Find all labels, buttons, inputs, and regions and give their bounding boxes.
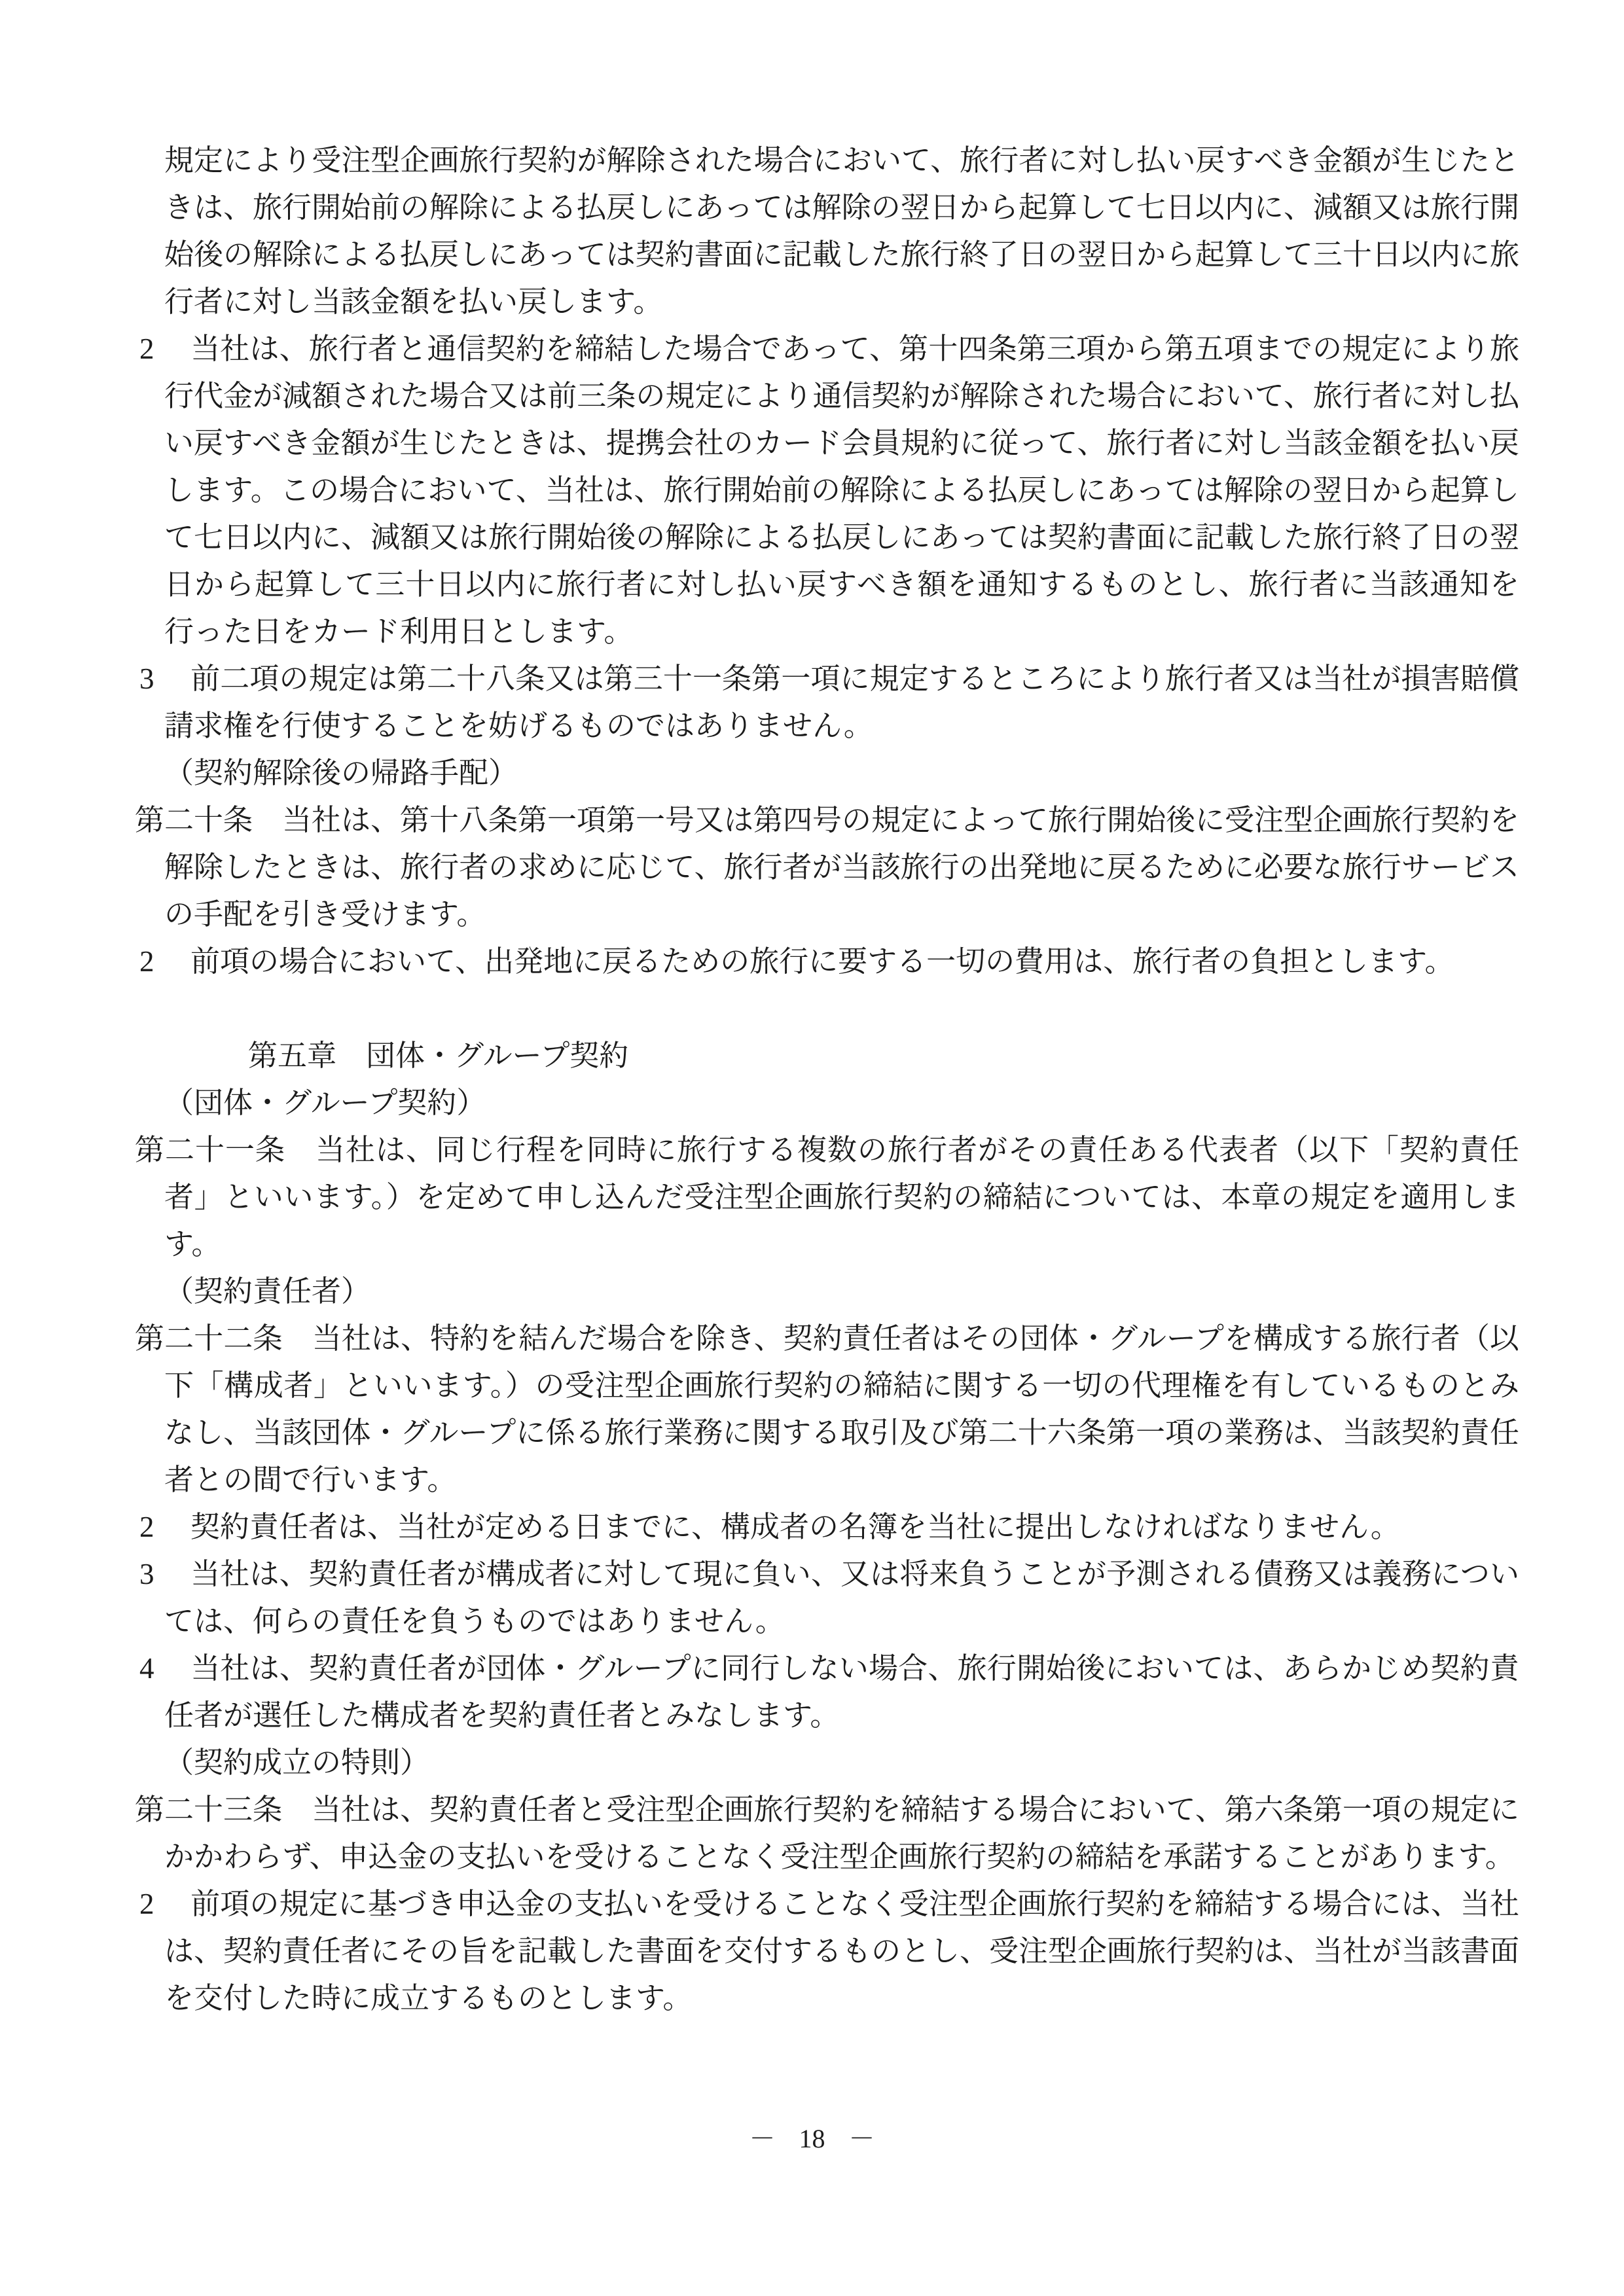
document-body: 規定により受注型企画旅行契約が解除された場合において、旅行者に対し払い戻すべき金…: [135, 137, 1519, 2022]
item-number: 4: [139, 1645, 190, 1692]
paragraph-text: （団体・グループ契約）: [164, 1086, 486, 1119]
paragraph-text: 前項の規定に基づき申込金の支払いを受けることなく受注型企画旅行契約を締結する場合…: [164, 1888, 1519, 2015]
paragraph-text: 第二十一条 当社は、同じ行程を同時に旅行する複数の旅行者がその責任ある代表者（以…: [135, 1134, 1519, 1261]
article-paragraph: 第二十一条 当社は、同じ行程を同時に旅行する複数の旅行者がその責任ある代表者（以…: [135, 1126, 1519, 1268]
paragraph-text: （契約解除後の帰路手配）: [164, 757, 518, 789]
chapter-heading: 第五章 団体・グループ契約: [135, 1032, 1519, 1079]
paragraph-text: （契約責任者）: [164, 1275, 370, 1308]
paragraph-text: 前二項の規定は第二十八条又は第三十一条第一項に規定するところにより旅行者又は当社…: [164, 662, 1519, 742]
item-number: 2: [139, 1880, 190, 1928]
paragraph-text: 当社は、契約責任者が構成者に対して現に負い、又は将来負うことが予測される債務又は…: [164, 1558, 1519, 1638]
item-number: 3: [139, 655, 190, 702]
paragraph-text: 規定により受注型企画旅行契約が解除された場合において、旅行者に対し払い戻すべき金…: [164, 144, 1519, 318]
item-number: 3: [139, 1551, 190, 1598]
numbered-item: 3前二項の規定は第二十八条又は第三十一条第一項に規定するところにより旅行者又は当…: [135, 655, 1519, 749]
article-paragraph: 第二十二条 当社は、特約を結んだ場合を除き、契約責任者はその団体・グループを構成…: [135, 1315, 1519, 1503]
paragraph-text: 第五章 団体・グループ契約: [248, 1039, 628, 1072]
numbered-item: 4当社は、契約責任者が団体・グループに同行しない場合、旅行開始後においては、あら…: [135, 1645, 1519, 1739]
paragraph-text: 第二十三条 当社は、契約責任者と受注型企画旅行契約を締結する場合において、第六条…: [135, 1793, 1519, 1873]
article-paragraph: 第二十三条 当社は、契約責任者と受注型企画旅行契約を締結する場合において、第六条…: [135, 1786, 1519, 1880]
numbered-item: 2前項の場合において、出発地に戻るための旅行に要する一切の費用は、旅行者の負担と…: [135, 938, 1519, 985]
item-number: 2: [139, 938, 190, 985]
section-heading: （契約解除後の帰路手配）: [135, 749, 1519, 797]
paragraph-text: 当社は、旅行者と通信契約を締結した場合であって、第十四条第三項から第五項までの規…: [164, 332, 1519, 648]
paragraph-text: 前項の場合において、出発地に戻るための旅行に要する一切の費用は、旅行者の負担とし…: [190, 945, 1454, 978]
paragraph-text: 第二十二条 当社は、特約を結んだ場合を除き、契約責任者はその団体・グループを構成…: [135, 1322, 1519, 1496]
item-number: 2: [139, 325, 190, 372]
paragraph-text: 契約責任者は、当社が定める日までに、構成者の名簿を当社に提出しなければなりません…: [190, 1511, 1400, 1543]
numbered-item: 2前項の規定に基づき申込金の支払いを受けることなく受注型企画旅行契約を締結する場…: [135, 1880, 1519, 2022]
numbered-item: 2当社は、旅行者と通信契約を締結した場合であって、第十四条第三項から第五項までの…: [135, 325, 1519, 655]
page-number-footer: － 18 －: [749, 2124, 875, 2153]
section-heading: （団体・グループ契約）: [135, 1079, 1519, 1126]
document-page: 規定により受注型企画旅行契約が解除された場合において、旅行者に対し払い戻すべき金…: [0, 0, 1624, 2296]
paragraph-text: 第二十条 当社は、第十八条第一項第一号又は第四号の規定によって旅行開始後に受注型…: [135, 804, 1519, 931]
continuation-paragraph: 規定により受注型企画旅行契約が解除された場合において、旅行者に対し払い戻すべき金…: [135, 137, 1519, 325]
numbered-item: 2契約責任者は、当社が定める日までに、構成者の名簿を当社に提出しなければなりませ…: [135, 1503, 1519, 1551]
section-heading: （契約責任者）: [135, 1268, 1519, 1315]
paragraph-text: （契約成立の特則）: [164, 1746, 429, 1779]
section-heading: （契約成立の特則）: [135, 1739, 1519, 1786]
item-number: 2: [139, 1503, 190, 1551]
paragraph-text: 当社は、契約責任者が団体・グループに同行しない場合、旅行開始後においては、あらか…: [164, 1652, 1519, 1732]
numbered-item: 3当社は、契約責任者が構成者に対して現に負い、又は将来負うことが予測される債務又…: [135, 1551, 1519, 1645]
page-footer: － 18 －: [0, 2115, 1624, 2162]
article-paragraph: 第二十条 当社は、第十八条第一項第一号又は第四号の規定によって旅行開始後に受注型…: [135, 797, 1519, 938]
